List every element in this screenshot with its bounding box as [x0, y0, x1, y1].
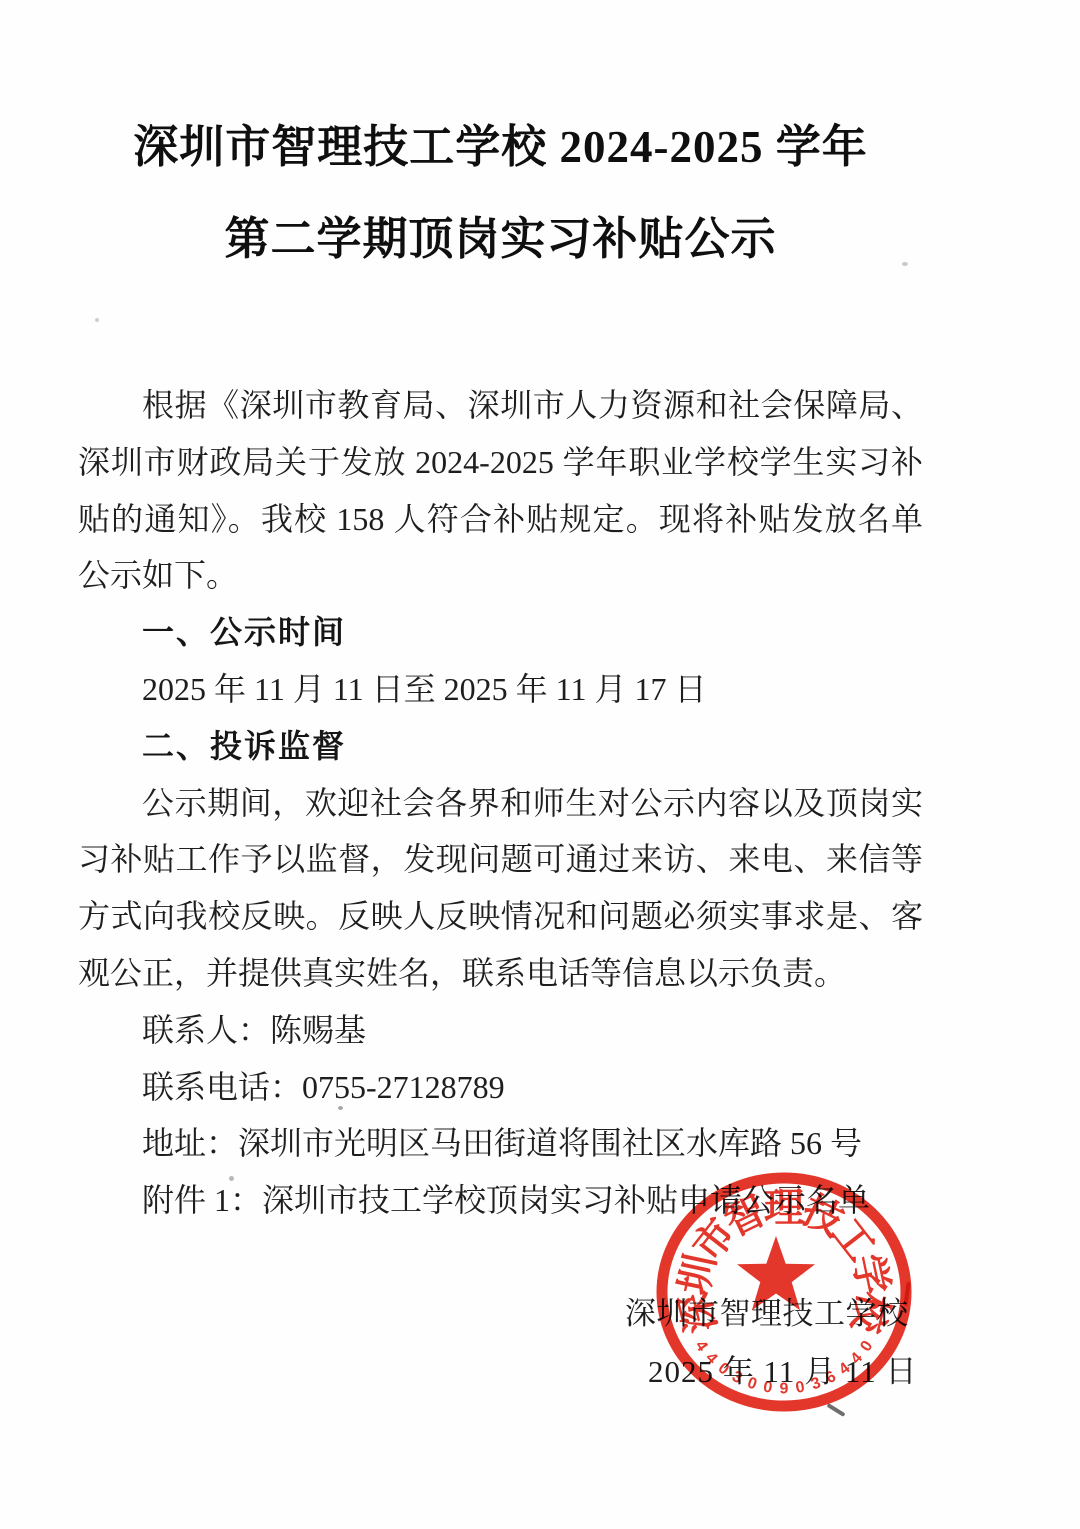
paragraph2-line2: 习补贴工作予以监督，发现问题可通过来访、来电、来信等: [78, 831, 923, 888]
publicity-period-dates: 2025 年 11 月 11 日至 2025 年 11 月 17 日: [78, 661, 923, 718]
section-heading-complaint-supervision: 二、投诉监督: [78, 718, 923, 775]
notice-title-line-2: 第二学期顶岗实习补贴公示: [78, 208, 923, 270]
paragraph1-line4: 公示如下。: [78, 547, 923, 604]
seal-serial-char: 9: [780, 1381, 789, 1398]
scan-speck: [338, 1106, 343, 1110]
seal-serial-char: 0: [794, 1379, 806, 1397]
notice-body: 根据《深圳市教育局、深圳市人力资源和社会保障局、 深圳市财政局关于发放 2024…: [78, 377, 923, 1229]
scan-speck: [902, 262, 908, 266]
seal-serial-char: 4: [847, 1349, 866, 1367]
section-heading-publicity-period: 一、公示时间: [78, 604, 923, 661]
seal-serial-char: 0: [857, 1338, 876, 1355]
paragraph2-line4: 观公正，并提供真实姓名，联系电话等信息以示负责。: [78, 945, 923, 1002]
seal-serial-char: 4: [836, 1360, 853, 1379]
scan-speck: [229, 1176, 234, 1181]
notice-title-line-1: 深圳市智理技工学校 2024-2025 学年: [78, 116, 923, 178]
contact-phone: 联系电话：0755-27128789: [78, 1059, 923, 1116]
seal-serial-char: 3: [809, 1374, 823, 1393]
scan-speck: [95, 318, 99, 322]
paragraph1-line1: 根据《深圳市教育局、深圳市人力资源和社会保障局、: [78, 377, 923, 434]
seal-serial-char: 0: [715, 1360, 732, 1379]
seal-serial-char: 0: [745, 1374, 759, 1393]
paragraph1-line2: 深圳市财政局关于发放 2024-2025 学年职业学校学生实习补: [78, 434, 923, 491]
contact-person: 联系人：陈赐基: [78, 1002, 923, 1059]
scanned-notice-page: 深圳市智理技工学校 2024-2025 学年 第二学期顶岗实习补贴公示 根据《深…: [0, 0, 1080, 1529]
seal-serial-char: 4: [702, 1349, 721, 1367]
seal-arc-char: 校: [843, 1288, 896, 1338]
seal-serial-char: 4: [692, 1338, 711, 1355]
seal-serial-char: 3: [729, 1368, 745, 1387]
paragraph2-line1: 公示期间，欢迎社会各界和师生对公示内容以及顶岗实: [78, 775, 923, 832]
official-seal-stamp: 深圳市智理技工学校4403009036440: [644, 1152, 924, 1432]
paragraph1-line3: 贴的通知》。我校 158 人符合补贴规定。现将补贴发放名单: [78, 491, 923, 548]
paragraph2-line3: 方式向我校反映。反映人反映情况和问题必须实事求是、客: [78, 888, 923, 945]
seal-star: [737, 1236, 815, 1310]
seal-serial-char: 0: [762, 1379, 774, 1397]
seal-serial-char: 6: [823, 1368, 839, 1387]
